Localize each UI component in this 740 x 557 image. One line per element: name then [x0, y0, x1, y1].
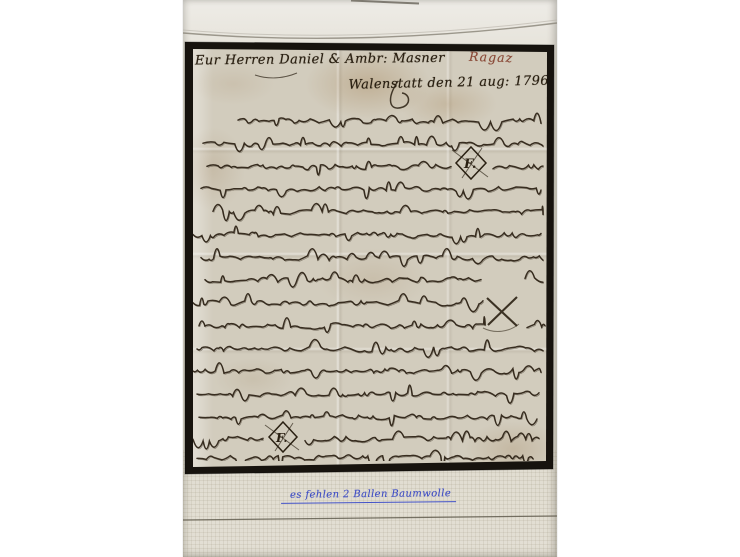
merchant-mark-top: F.	[452, 147, 488, 179]
catalog-page-background: Eur Herren Daniel & Ambr: Masner Ragaz W…	[0, 0, 740, 557]
handwriting-lines	[193, 113, 546, 461]
collector-note-area: es fehlen 2 Ballen Baumwolle	[279, 482, 459, 503]
handwriting-script: F. F.	[193, 49, 547, 461]
letter-photograph: Eur Herren Daniel & Ambr: Masner Ragaz W…	[183, 0, 557, 557]
flourish-x-mark	[483, 297, 519, 331]
date-flourish	[391, 81, 409, 108]
album-page-rule-line	[183, 516, 557, 520]
letter-paper-surface: Eur Herren Daniel & Ambr: Masner Ragaz W…	[193, 49, 547, 461]
letter-paper: Eur Herren Daniel & Ambr: Masner Ragaz W…	[183, 40, 557, 477]
monogram-letter-f: F.	[463, 157, 476, 172]
collector-note: es fehlen 2 Ballen Baumwolle	[281, 488, 456, 504]
address-flourish	[255, 73, 297, 78]
monogram-letter-f: F.	[275, 431, 288, 445]
album-page-curve-hairline	[183, 20, 557, 35]
merchant-mark-bottom: F.	[265, 422, 299, 452]
album-page-curve-line	[183, 23, 557, 38]
table-edge-line	[351, 1, 419, 4]
